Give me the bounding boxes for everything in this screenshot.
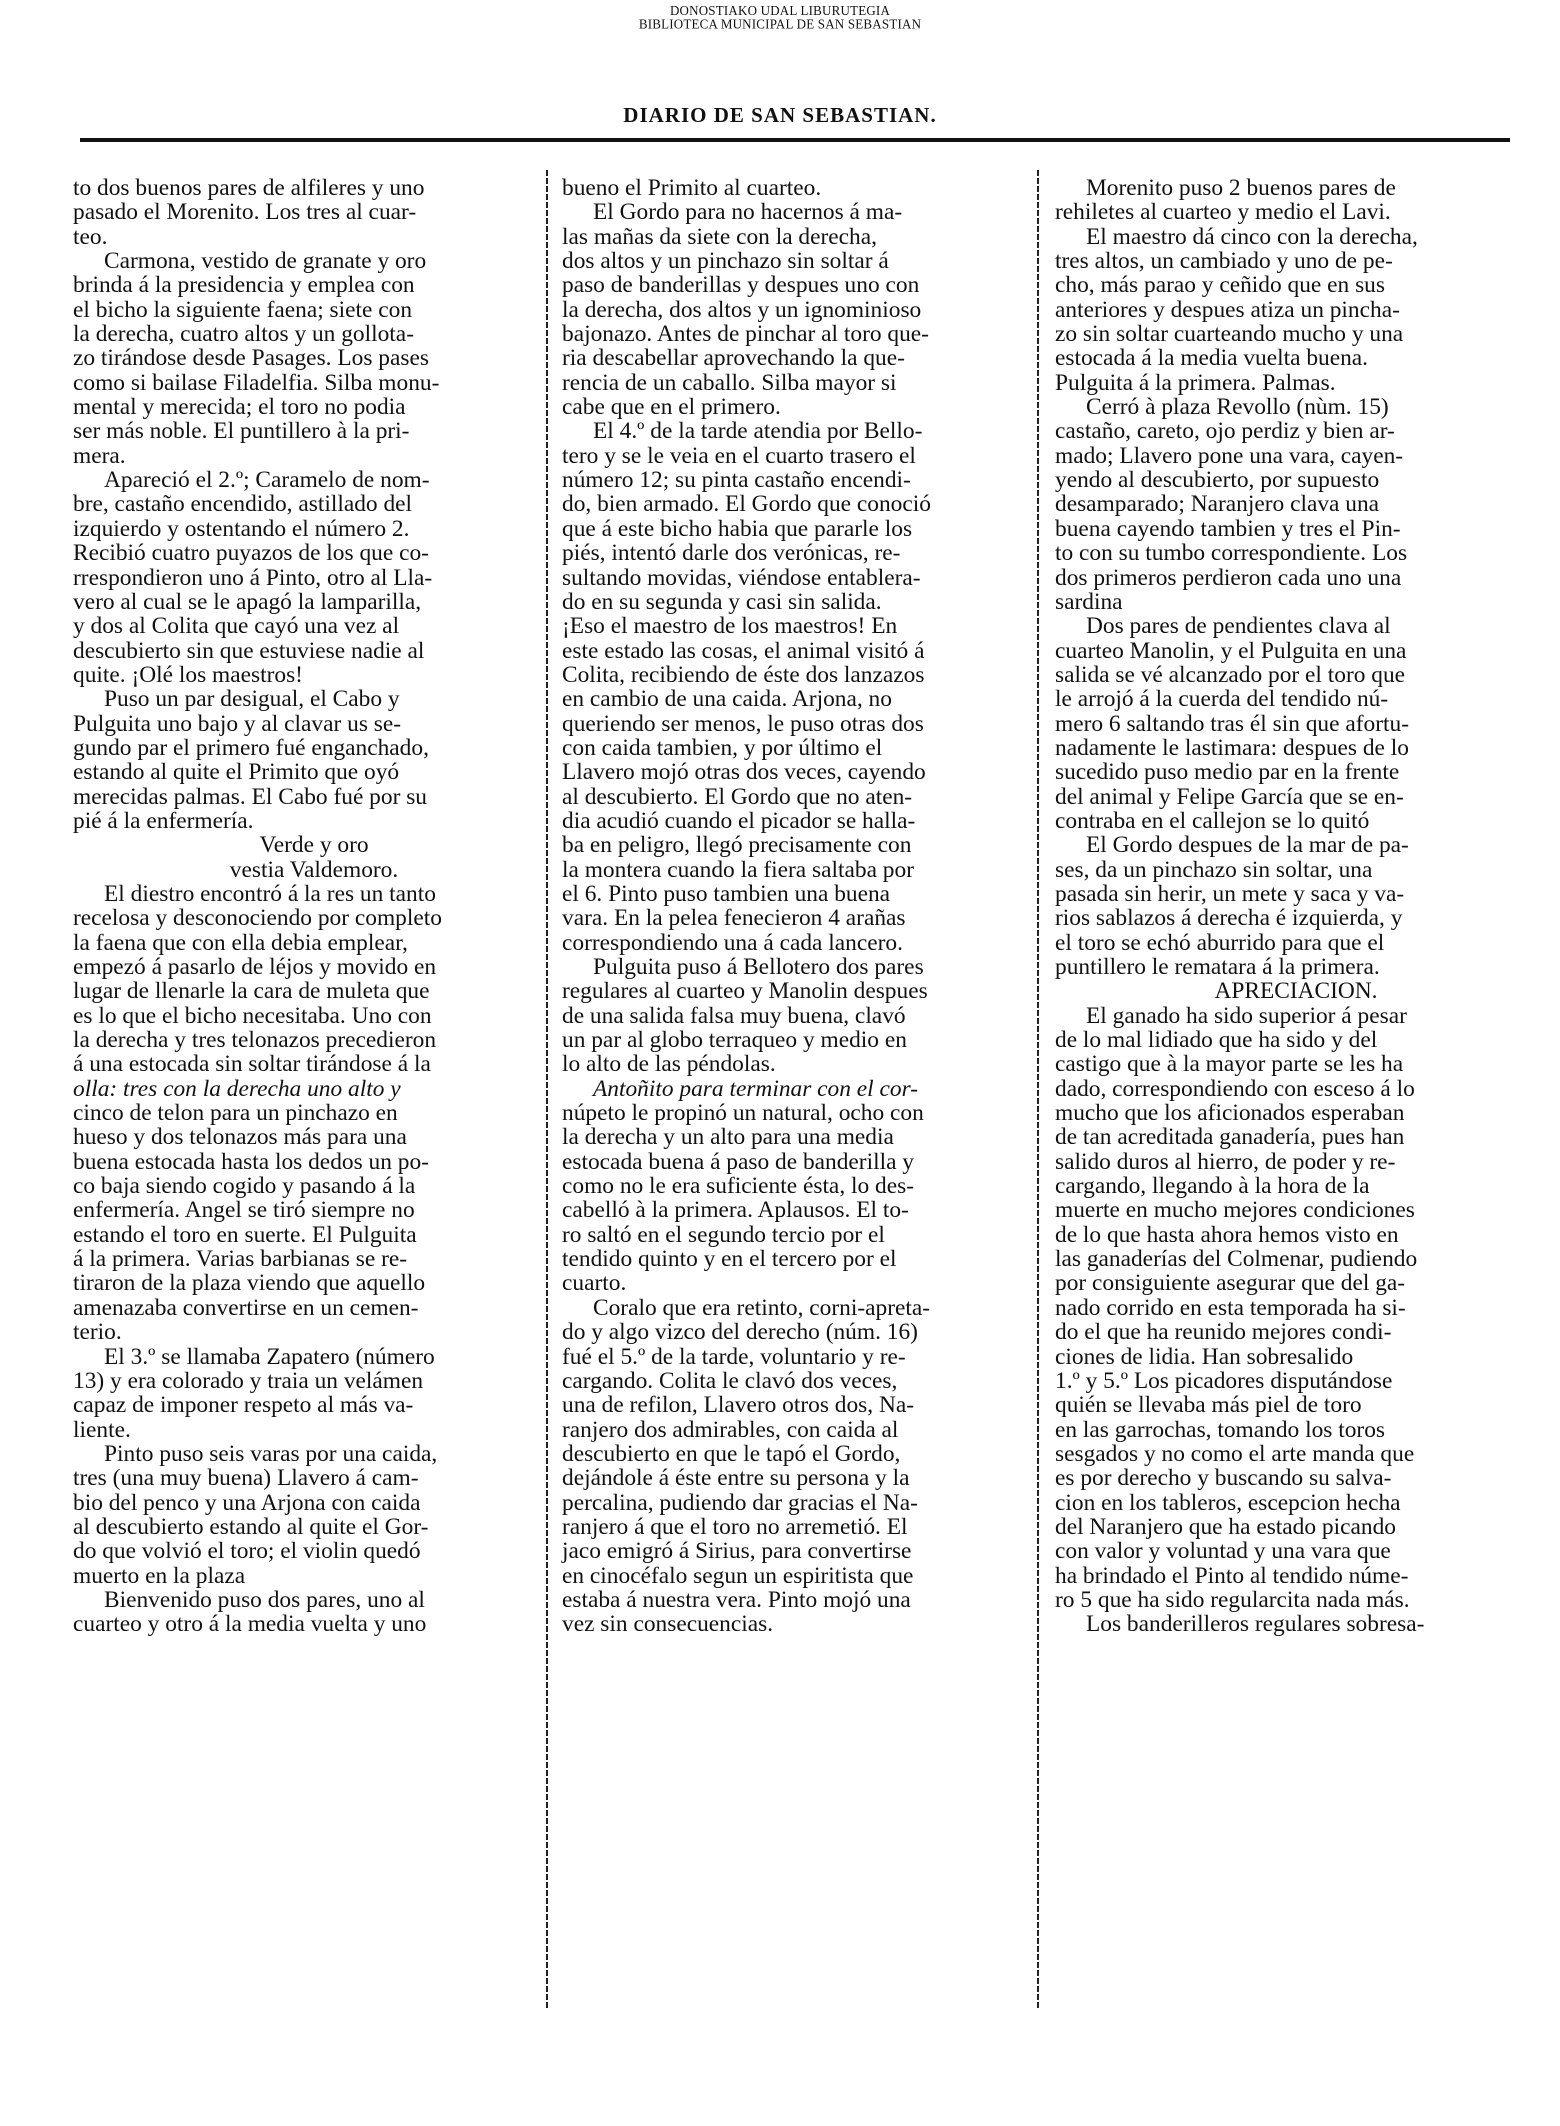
text-line: el bicho la siguiente faena; siete con	[73, 298, 555, 322]
text-line: cion en los tableros, escepcion hecha	[1055, 1491, 1537, 1515]
text-line: con caida tambien, y por último el	[562, 736, 1044, 760]
text-line: olla: tres con la derecha uno alto y	[73, 1077, 555, 1101]
text-line: El ganado ha sido superior á pesar	[1055, 1004, 1537, 1028]
text-line: dejándole á éste entre su persona y la	[562, 1466, 1044, 1490]
text-line: to con su tumbo correspondiente. Los	[1055, 541, 1537, 565]
text-line: y dos al Colita que cayó una vez al	[73, 614, 555, 638]
text-line: estando al quite el Primito que oyó	[73, 760, 555, 784]
library-stamp: DONOSTIAKO UDAL LIBURUTEGIA BIBLIOTECA M…	[0, 3, 1560, 30]
text-line: Antoñito para terminar con el cor-	[562, 1077, 1044, 1101]
text-line: do el que ha reunido mejores condi-	[1055, 1320, 1537, 1344]
text-line: cuarteo Manolin, y el Pulguita en una	[1055, 639, 1537, 663]
article-column-2: bueno el Primito al cuarteo.El Gordo par…	[562, 176, 1044, 1637]
text-line: mado; Llavero pone una vara, cayen-	[1055, 444, 1537, 468]
text-line: cinco de telon para un pinchazo en	[73, 1101, 555, 1125]
text-line: cuarteo y otro á la media vuelta y uno	[73, 1612, 555, 1636]
text-line: pié á la enfermería.	[73, 809, 555, 833]
text-line: ciones de lidia. Han sobresalido	[1055, 1345, 1537, 1369]
text-line: Apareció el 2.º; Caramelo de nom-	[73, 468, 555, 492]
text-line: nadamente le lastimara: despues de lo	[1055, 736, 1537, 760]
text-line: la faena que con ella debia emplear,	[73, 931, 555, 955]
text-line: ses, da un pinchazo sin soltar, una	[1055, 858, 1537, 882]
text-line: tendido quinto y en el tercero por el	[562, 1247, 1044, 1271]
section-heading: vestia Valdemoro.	[73, 858, 555, 882]
text-line: hueso y dos telonazos más para una	[73, 1125, 555, 1149]
section-heading: APRECIACION.	[1055, 979, 1537, 1003]
text-line: buena cayendo tambien y tres el Pin-	[1055, 517, 1537, 541]
text-line: Coralo que era retinto, corni-apreta-	[562, 1296, 1044, 1320]
text-line: sardina	[1055, 590, 1537, 614]
text-line: al descubierto. El Gordo que no aten-	[562, 785, 1044, 809]
text-line: quite. ¡Olé los maestros!	[73, 663, 555, 687]
text-line: co baja siendo cogido y pasando á la	[73, 1174, 555, 1198]
text-line: Colita, recibiendo de éste dos lanzazos	[562, 663, 1044, 687]
text-line: gundo par el primero fué enganchado,	[73, 736, 555, 760]
text-line: amenazaba convertirse en un cemen-	[73, 1296, 555, 1320]
text-line: vez sin consecuencias.	[562, 1612, 1044, 1636]
text-line: cabe que en el primero.	[562, 395, 1044, 419]
text-line: do y algo vizco del derecho (núm. 16)	[562, 1320, 1044, 1344]
text-line: tres altos, un cambiado y uno de pe-	[1055, 249, 1537, 273]
text-line: tiraron de la plaza viendo que aquello	[73, 1271, 555, 1295]
text-line: el 6. Pinto puso tambien una buena	[562, 882, 1044, 906]
masthead-rule	[80, 138, 1510, 142]
text-line: El Gordo despues de la mar de pa-	[1055, 833, 1537, 857]
text-line: enfermería. Angel se tiró siempre no	[73, 1198, 555, 1222]
text-line: Dos pares de pendientes clava al	[1055, 614, 1537, 638]
text-line: dado, correspondiendo con esceso á lo	[1055, 1077, 1537, 1101]
text-line: ranjero dos admirables, con caida al	[562, 1418, 1044, 1442]
text-line: queriendo ser menos, le puso otras dos	[562, 712, 1044, 736]
text-line: salida se vé alcanzado por el toro que	[1055, 663, 1537, 687]
text-line: ha brindado el Pinto al tendido núme-	[1055, 1564, 1537, 1588]
text-line: teo.	[73, 225, 555, 249]
text-line: la derecha y tres telonazos precedieron	[73, 1028, 555, 1052]
text-line: mera.	[73, 444, 555, 468]
text-line: cargando. Colita le clavó dos veces,	[562, 1369, 1044, 1393]
text-line: la derecha y un alto para una media	[562, 1125, 1044, 1149]
text-line: fué el 5.º de la tarde, voluntario y re-	[562, 1345, 1044, 1369]
text-line: estocada buena á paso de banderilla y	[562, 1150, 1044, 1174]
text-line: tero y se le veia en el cuarto trasero e…	[562, 444, 1044, 468]
text-line: mucho que los aficionados esperaban	[1055, 1101, 1537, 1125]
text-line: Morenito puso 2 buenos pares de	[1055, 176, 1537, 200]
text-line: de tan acreditada ganadería, pues han	[1055, 1125, 1537, 1149]
text-line: la derecha, cuatro altos y un gollota-	[73, 322, 555, 346]
text-line: núpeto le propinó un natural, ocho con	[562, 1101, 1044, 1125]
text-line: cargando, llegando à la hora de la	[1055, 1174, 1537, 1198]
text-line: este estado las cosas, el animal visitó …	[562, 639, 1044, 663]
text-line: pasada sin herir, un mete y saca y va-	[1055, 882, 1537, 906]
text-line: do que volvió el toro; el violin quedó	[73, 1539, 555, 1563]
text-line: como no le era suficiente ésta, lo des-	[562, 1174, 1044, 1198]
text-line: dia acudió cuando el picador se halla-	[562, 809, 1044, 833]
text-line: castigo que à la mayor parte se les ha	[1055, 1052, 1537, 1076]
text-line: cabelló à la primera. Aplausos. El to-	[562, 1198, 1044, 1222]
text-line: que á este bicho habia que pararle los	[562, 517, 1044, 541]
text-line: Carmona, vestido de granate y oro	[73, 249, 555, 273]
text-line: en las garrochas, tomando los toros	[1055, 1418, 1537, 1442]
text-line: 1.º y 5.º Los picadores disputándose	[1055, 1369, 1537, 1393]
text-line: rehiletes al cuarteo y medio el Lavi.	[1055, 200, 1537, 224]
newspaper-masthead: DIARIO DE SAN SEBASTIAN.	[0, 103, 1560, 128]
text-line: liente.	[73, 1418, 555, 1442]
text-line: castaño, careto, ojo perdiz y bien ar-	[1055, 419, 1537, 443]
text-line: sucedido puso medio par en la frente	[1055, 760, 1537, 784]
text-line: Bienvenido puso dos pares, uno al	[73, 1588, 555, 1612]
text-line: un par al globo terraqueo y medio en	[562, 1028, 1044, 1052]
text-line: brinda á la presidencia y emplea con	[73, 273, 555, 297]
text-line: le arrojó á la cuerda del tendido nú-	[1055, 687, 1537, 711]
text-line: rrespondieron uno á Pinto, otro al Lla-	[73, 566, 555, 590]
text-line: el toro se echó aburrido para que el	[1055, 931, 1537, 955]
text-line: sultando movidas, viéndose entablera-	[562, 566, 1044, 590]
text-line: terio.	[73, 1320, 555, 1344]
text-line: Pulguita puso á Bellotero dos pares	[562, 955, 1044, 979]
text-line: ria descabellar aprovechando la que-	[562, 346, 1044, 370]
text-line: como si bailase Filadelfia. Silba monu-	[73, 371, 555, 395]
text-line: ro 5 que ha sido regularcita nada más.	[1055, 1588, 1537, 1612]
text-line: estocada á la media vuelta buena.	[1055, 346, 1537, 370]
text-line: bre, castaño encendido, astillado del	[73, 492, 555, 516]
text-line: izquierdo y ostentando el número 2.	[73, 517, 555, 541]
text-line: en cambio de una caida. Arjona, no	[562, 687, 1044, 711]
text-line: El 4.º de la tarde atendia por Bello-	[562, 419, 1044, 443]
text-line: muerto en la plaza	[73, 1564, 555, 1588]
text-line: El 3.º se llamaba Zapatero (número	[73, 1345, 555, 1369]
text-line: por consiguiente asegurar que del ga-	[1055, 1271, 1537, 1295]
text-line: 13) y era colorado y traia un velámen	[73, 1369, 555, 1393]
text-line: del animal y Felipe García que se en-	[1055, 785, 1537, 809]
text-line: recelosa y desconociendo por completo	[73, 906, 555, 930]
text-line: El diestro encontró á la res un tanto	[73, 882, 555, 906]
text-line: rios sablazos á derecha é izquierda, y	[1055, 906, 1537, 930]
text-line: á una estocada sin soltar tirándose á la	[73, 1052, 555, 1076]
text-line: bajonazo. Antes de pinchar al toro que-	[562, 322, 1044, 346]
text-line: ser más noble. El puntillero à la pri-	[73, 419, 555, 443]
text-line: zo tirándose desde Pasages. Los pases	[73, 346, 555, 370]
text-line: buena estocada hasta los dedos un po-	[73, 1150, 555, 1174]
text-line: en cinocéfalo segun un espiritista que	[562, 1564, 1044, 1588]
text-line: salido duros al hierro, de poder y re-	[1055, 1150, 1537, 1174]
text-line: de una salida falsa muy buena, clavó	[562, 1004, 1044, 1028]
text-line: desamparado; Naranjero clava una	[1055, 492, 1537, 516]
text-line: la derecha, dos altos y un ignominioso	[562, 298, 1044, 322]
text-line: bio del penco y una Arjona con caida	[73, 1491, 555, 1515]
article-column-1: to dos buenos pares de alfileres y unopa…	[73, 176, 555, 1637]
text-line: pasado el Morenito. Los tres al cuar-	[73, 200, 555, 224]
text-line: de lo mal lidiado que ha sido y del	[1055, 1028, 1537, 1052]
text-line: las mañas da siete con la derecha,	[562, 225, 1044, 249]
text-line: de lo que hasta ahora hemos visto en	[1055, 1223, 1537, 1247]
text-line: El Gordo para no hacernos á ma-	[562, 200, 1044, 224]
text-line: Pinto puso seis varas por una caida,	[73, 1442, 555, 1466]
text-line: dos altos y un pinchazo sin soltar á	[562, 249, 1044, 273]
text-line: to dos buenos pares de alfileres y uno	[73, 176, 555, 200]
text-line: empezó á pasarlo de léjos y movido en	[73, 955, 555, 979]
text-line: cuarto.	[562, 1271, 1044, 1295]
text-line: piés, intentó darle dos verónicas, re-	[562, 541, 1044, 565]
text-line: estaba á nuestra vera. Pinto mojó una	[562, 1588, 1044, 1612]
text-line: nado corrido en esta temporada ha si-	[1055, 1296, 1537, 1320]
text-line: tres (una muy buena) Llavero á cam-	[73, 1466, 555, 1490]
text-line: paso de banderillas y despues uno con	[562, 273, 1044, 297]
text-line: á la primera. Varias barbianas se re-	[73, 1247, 555, 1271]
text-line: mero 6 saltando tras él sin que afortu-	[1055, 712, 1537, 736]
text-line: bueno el Primito al cuarteo.	[562, 176, 1044, 200]
text-line: muerte en mucho mejores condiciones	[1055, 1198, 1537, 1222]
text-line: Cerró à plaza Revollo (nùm. 15)	[1055, 395, 1537, 419]
text-line: jaco emigró á Sirius, para convertirse	[562, 1539, 1044, 1563]
text-line: ranjero á que el toro no arremetió. El	[562, 1515, 1044, 1539]
text-line: yendo al descubierto, por supuesto	[1055, 468, 1537, 492]
text-line: sesgados y no como el arte manda que	[1055, 1442, 1537, 1466]
text-line: puntillero le rematara á la primera.	[1055, 955, 1537, 979]
text-line: la montera cuando la fiera saltaba por	[562, 858, 1044, 882]
text-line: percalina, pudiendo dar gracias el Na-	[562, 1491, 1044, 1515]
text-line: regulares al cuarteo y Manolin despues	[562, 979, 1044, 1003]
text-line: lugar de llenarle la cara de muleta que	[73, 979, 555, 1003]
text-line: descubierto en que le tapó el Gordo,	[562, 1442, 1044, 1466]
text-line: al descubierto estando al quite el Gor-	[73, 1515, 555, 1539]
text-line: El maestro dá cinco con la derecha,	[1055, 225, 1537, 249]
text-line: descubierto sin que estuviese nadie al	[73, 639, 555, 663]
text-line: una de refilon, Llavero otros dos, Na-	[562, 1393, 1044, 1417]
text-line: del Naranjero que ha estado picando	[1055, 1515, 1537, 1539]
text-line: lo alto de las péndolas.	[562, 1052, 1044, 1076]
text-line: vara. En la pelea fenecieron 4 arañas	[562, 906, 1044, 930]
text-line: número 12; su pinta castaño encendi-	[562, 468, 1044, 492]
text-line: dos primeros perdieron cada uno una	[1055, 566, 1537, 590]
library-stamp-basque: DONOSTIAKO UDAL LIBURUTEGIA	[0, 3, 1560, 17]
text-line: capaz de imponer respeto al más va-	[73, 1393, 555, 1417]
text-line: ro saltó en el segundo tercio por el	[562, 1223, 1044, 1247]
text-line: zo sin soltar cuarteando mucho y una	[1055, 322, 1537, 346]
section-heading: Verde y oro	[73, 833, 555, 857]
text-line: merecidas palmas. El Cabo fué por su	[73, 785, 555, 809]
text-line: quién se llevaba más piel de toro	[1055, 1393, 1537, 1417]
text-line: mental y merecida; el toro no podia	[73, 395, 555, 419]
text-line: do, bien armado. El Gordo que conoció	[562, 492, 1044, 516]
text-line: Pulguita á la primera. Palmas.	[1055, 371, 1537, 395]
text-line: Llavero mojó otras dos veces, cayendo	[562, 760, 1044, 784]
text-line: Los banderilleros regulares sobresa-	[1055, 1612, 1537, 1636]
text-line: ¡Eso el maestro de los maestros! En	[562, 614, 1044, 638]
text-line: Pulguita uno bajo y al clavar us se-	[73, 712, 555, 736]
text-line: es por derecho y buscando su salva-	[1055, 1466, 1537, 1490]
text-line: ba en peligro, llegó precisamente con	[562, 833, 1044, 857]
text-line: las ganaderías del Colmenar, pudiendo	[1055, 1247, 1537, 1271]
text-line: cho, más parao y ceñido que en sus	[1055, 273, 1537, 297]
text-line: vero al cual se le apagó la lamparilla,	[73, 590, 555, 614]
text-line: do en su segunda y casi sin salida.	[562, 590, 1044, 614]
text-line: Recibió cuatro puyazos de los que co-	[73, 541, 555, 565]
text-line: Puso un par desigual, el Cabo y	[73, 687, 555, 711]
text-line: anteriores y despues atiza un pincha-	[1055, 298, 1537, 322]
article-column-3: Morenito puso 2 buenos pares derehiletes…	[1055, 176, 1537, 1637]
text-line: es lo que el bicho necesitaba. Uno con	[73, 1004, 555, 1028]
text-line: contraba en el callejon se lo quitó	[1055, 809, 1537, 833]
text-line: con valor y voluntad y una vara que	[1055, 1539, 1537, 1563]
text-line: estando el toro en suerte. El Pulguita	[73, 1223, 555, 1247]
text-line: correspondiendo una á cada lancero.	[562, 931, 1044, 955]
text-line: rencia de un caballo. Silba mayor si	[562, 371, 1044, 395]
library-stamp-spanish: BIBLIOTECA MUNICIPAL DE SAN SEBASTIAN	[0, 17, 1560, 31]
